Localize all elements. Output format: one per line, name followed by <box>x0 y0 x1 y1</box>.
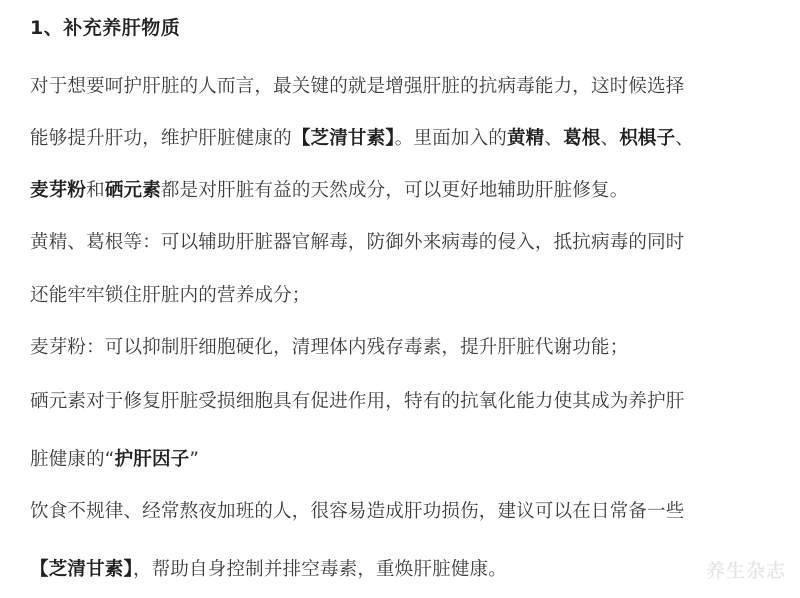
text-span: 和 <box>86 180 105 201</box>
text-line: 硒元素对于修复肝脏受损细胞具有促进作用，特有的抗氧化能力使其成为养护肝 <box>30 387 685 413</box>
text-line: 麦芽粉和硒元素都是对肝脏有益的天然成分，可以更好地辅助肝脏修复。 <box>30 176 628 202</box>
bold-text: 葛根 <box>563 128 600 149</box>
text-span: 麦芽粉：可以抑制肝细胞硬化，清理体内残存毒素，提升肝脏代谢功能； <box>30 337 628 358</box>
text-span: ” <box>189 449 199 470</box>
text-span: 、 <box>544 128 563 149</box>
text-line: 【芝清甘素】，帮助自身控制并排空毒素，重焕肝脏健康。 <box>30 555 507 581</box>
text-line: 麦芽粉：可以抑制肝细胞硬化，清理体内残存毒素，提升肝脏代谢功能； <box>30 333 628 359</box>
watermark: 养生杂志 <box>706 556 786 583</box>
bold-text: 护肝因子 <box>115 449 190 470</box>
bold-text: 黄精 <box>507 128 544 149</box>
text-span: 饮食不规律、经常熬夜加班的人，很容易造成肝功损伤，建议可以在日常备一些 <box>30 501 685 522</box>
section-heading: 1、补充养肝物质 <box>30 13 180 40</box>
text-span: 对于想要呵护肝脏的人而言，最关键的就是增强肝脏的抗病毒能力，这时候选择 <box>30 76 685 97</box>
text-span: 都是对肝脏有益的天然成分，可以更好地辅助肝脏修复。 <box>161 180 629 201</box>
bold-text: 【芝清甘素】 <box>292 128 395 149</box>
text-line: 能够提升肝功，维护肝脏健康的【芝清甘素】。里面加入的黄精、葛根、枳椇子、 <box>30 124 694 150</box>
bold-text: 麦芽粉 <box>30 180 86 201</box>
text-span: 、 <box>675 128 694 149</box>
bold-text: 枳椇子 <box>619 128 675 149</box>
text-span: 脏健康的“ <box>30 449 115 470</box>
text-span: 。里面加入的 <box>395 128 507 149</box>
text-line: 还能牢牢锁住肝脏内的营养成分； <box>30 281 311 307</box>
bold-text: 硒元素 <box>105 180 161 201</box>
text-line: 饮食不规律、经常熬夜加班的人，很容易造成肝功损伤，建议可以在日常备一些 <box>30 497 685 523</box>
text-span: 硒元素对于修复肝脏受损细胞具有促进作用，特有的抗氧化能力使其成为养护肝 <box>30 391 685 412</box>
text-span: 还能牢牢锁住肝脏内的营养成分； <box>30 285 311 306</box>
text-span: ，帮助自身控制并排空毒素，重焕肝脏健康。 <box>133 559 507 580</box>
bold-text: 【芝清甘素】 <box>30 559 133 580</box>
text-line: 脏健康的“护肝因子” <box>30 445 199 471</box>
text-span: 能够提升肝功，维护肝脏健康的 <box>30 128 292 149</box>
text-span: 、 <box>600 128 619 149</box>
text-span: 黄精、葛根等：可以辅助肝脏器官解毒，防御外来病毒的侵入，抵抗病毒的同时 <box>30 232 685 253</box>
text-line: 黄精、葛根等：可以辅助肝脏器官解毒，防御外来病毒的侵入，抵抗病毒的同时 <box>30 228 685 254</box>
text-line: 对于想要呵护肝脏的人而言，最关键的就是增强肝脏的抗病毒能力，这时候选择 <box>30 72 685 98</box>
